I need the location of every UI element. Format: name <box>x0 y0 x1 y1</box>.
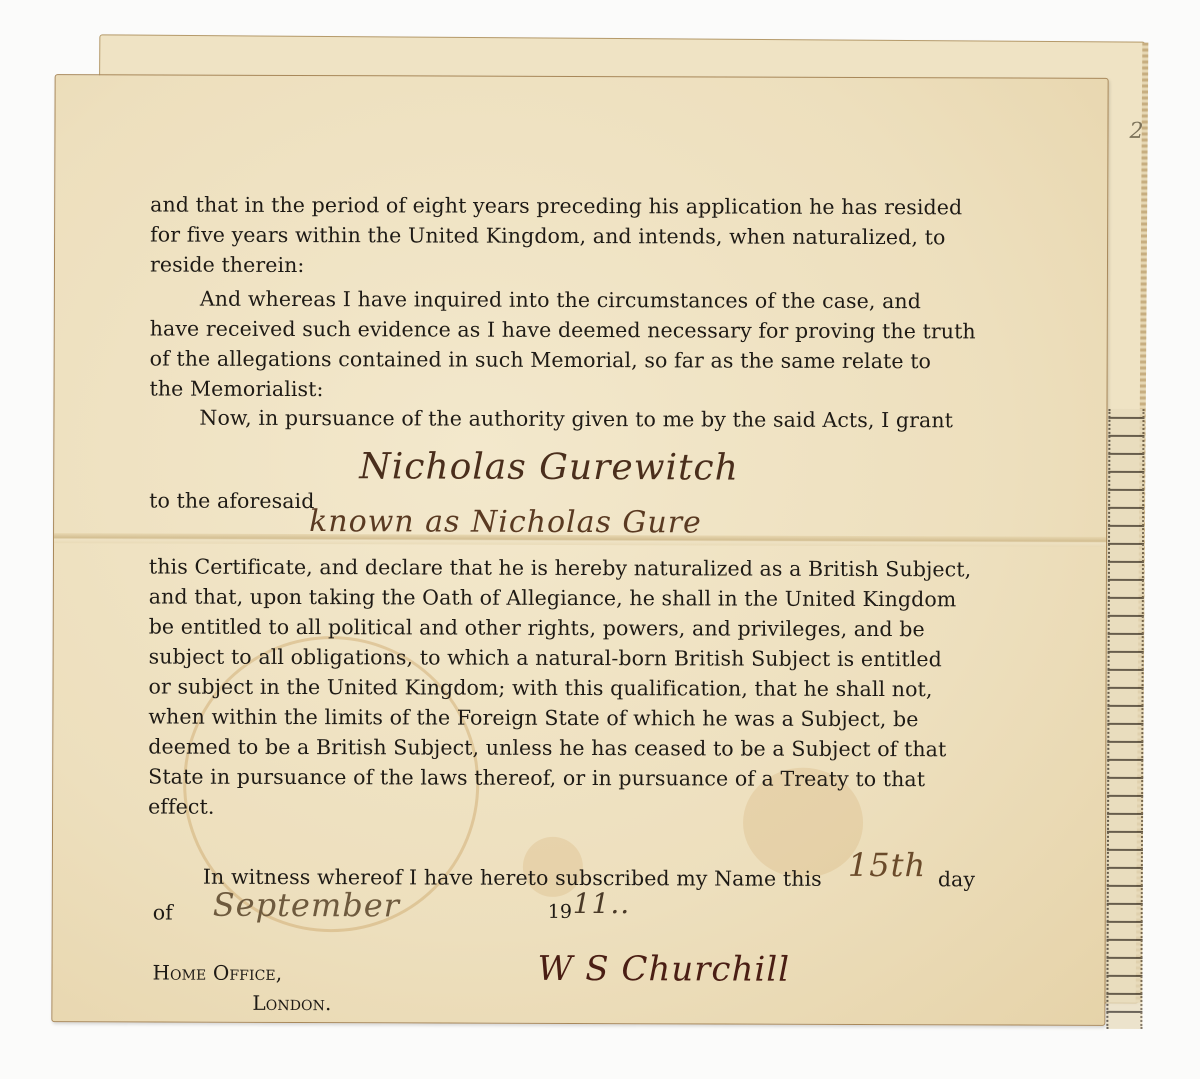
of-label: of <box>153 898 173 928</box>
margin-pencil-mark: 2 <box>1129 119 1143 144</box>
text-line: for five years within the United Kingdom… <box>150 219 976 252</box>
day-handwritten: 15th <box>848 846 926 884</box>
signature-handwritten: W S Churchill <box>537 949 790 990</box>
month-handwritten: September <box>213 886 400 925</box>
grantee-label: to the aforesaid <box>149 485 314 516</box>
paragraph-declaration: this Certificate, and declare that he is… <box>148 551 975 824</box>
grantee-name-handwritten: Nicholas Gurewitch <box>359 446 739 488</box>
text-line: And whereas I have inquired into the cir… <box>150 283 976 316</box>
text-line: and that, upon taking the Oath of Allegi… <box>149 581 975 614</box>
text-line: of the allegations contained in such Mem… <box>150 343 976 376</box>
certificate-page: 2 and that in the period of eight years … <box>51 74 1108 1026</box>
grantee-alias-handwritten: known as Nicholas Gure <box>309 504 702 540</box>
text-line: subject to all obligations, to which a n… <box>149 641 975 674</box>
paragraph-residence: and that in the period of eight years pr… <box>150 189 976 282</box>
text-line: effect. <box>148 791 974 824</box>
text-line: and that in the period of eight years pr… <box>150 189 976 222</box>
paragraph-grant: Now, in pursuance of the authority given… <box>149 402 975 435</box>
day-label: day <box>938 864 975 894</box>
year-printed: 19 <box>548 897 572 927</box>
text-line: when within the limits of the Foreign St… <box>148 701 974 734</box>
text-line: be entitled to all political and other r… <box>149 611 975 644</box>
text-line: State in pursuance of the laws thereof, … <box>148 761 974 794</box>
text-line: have received such evidence as I have de… <box>150 313 976 346</box>
text-line: or subject in the United Kingdom; with t… <box>148 671 974 704</box>
text-line: reside therein: <box>150 249 976 282</box>
year-handwritten: 11.. <box>573 887 631 920</box>
text-line: Now, in pursuance of the authority given… <box>149 402 975 435</box>
ornamental-border-strip <box>1106 409 1144 1029</box>
paragraph-inquiry: And whereas I have inquired into the cir… <box>150 283 976 406</box>
office-line-1: Home Office, <box>152 958 282 988</box>
text-line: this Certificate, and declare that he is… <box>149 551 975 584</box>
office-line-2: London. <box>252 988 331 1018</box>
text-line: deemed to be a British Subject, unless h… <box>148 731 974 764</box>
text-line: the Memorialist: <box>150 373 976 406</box>
